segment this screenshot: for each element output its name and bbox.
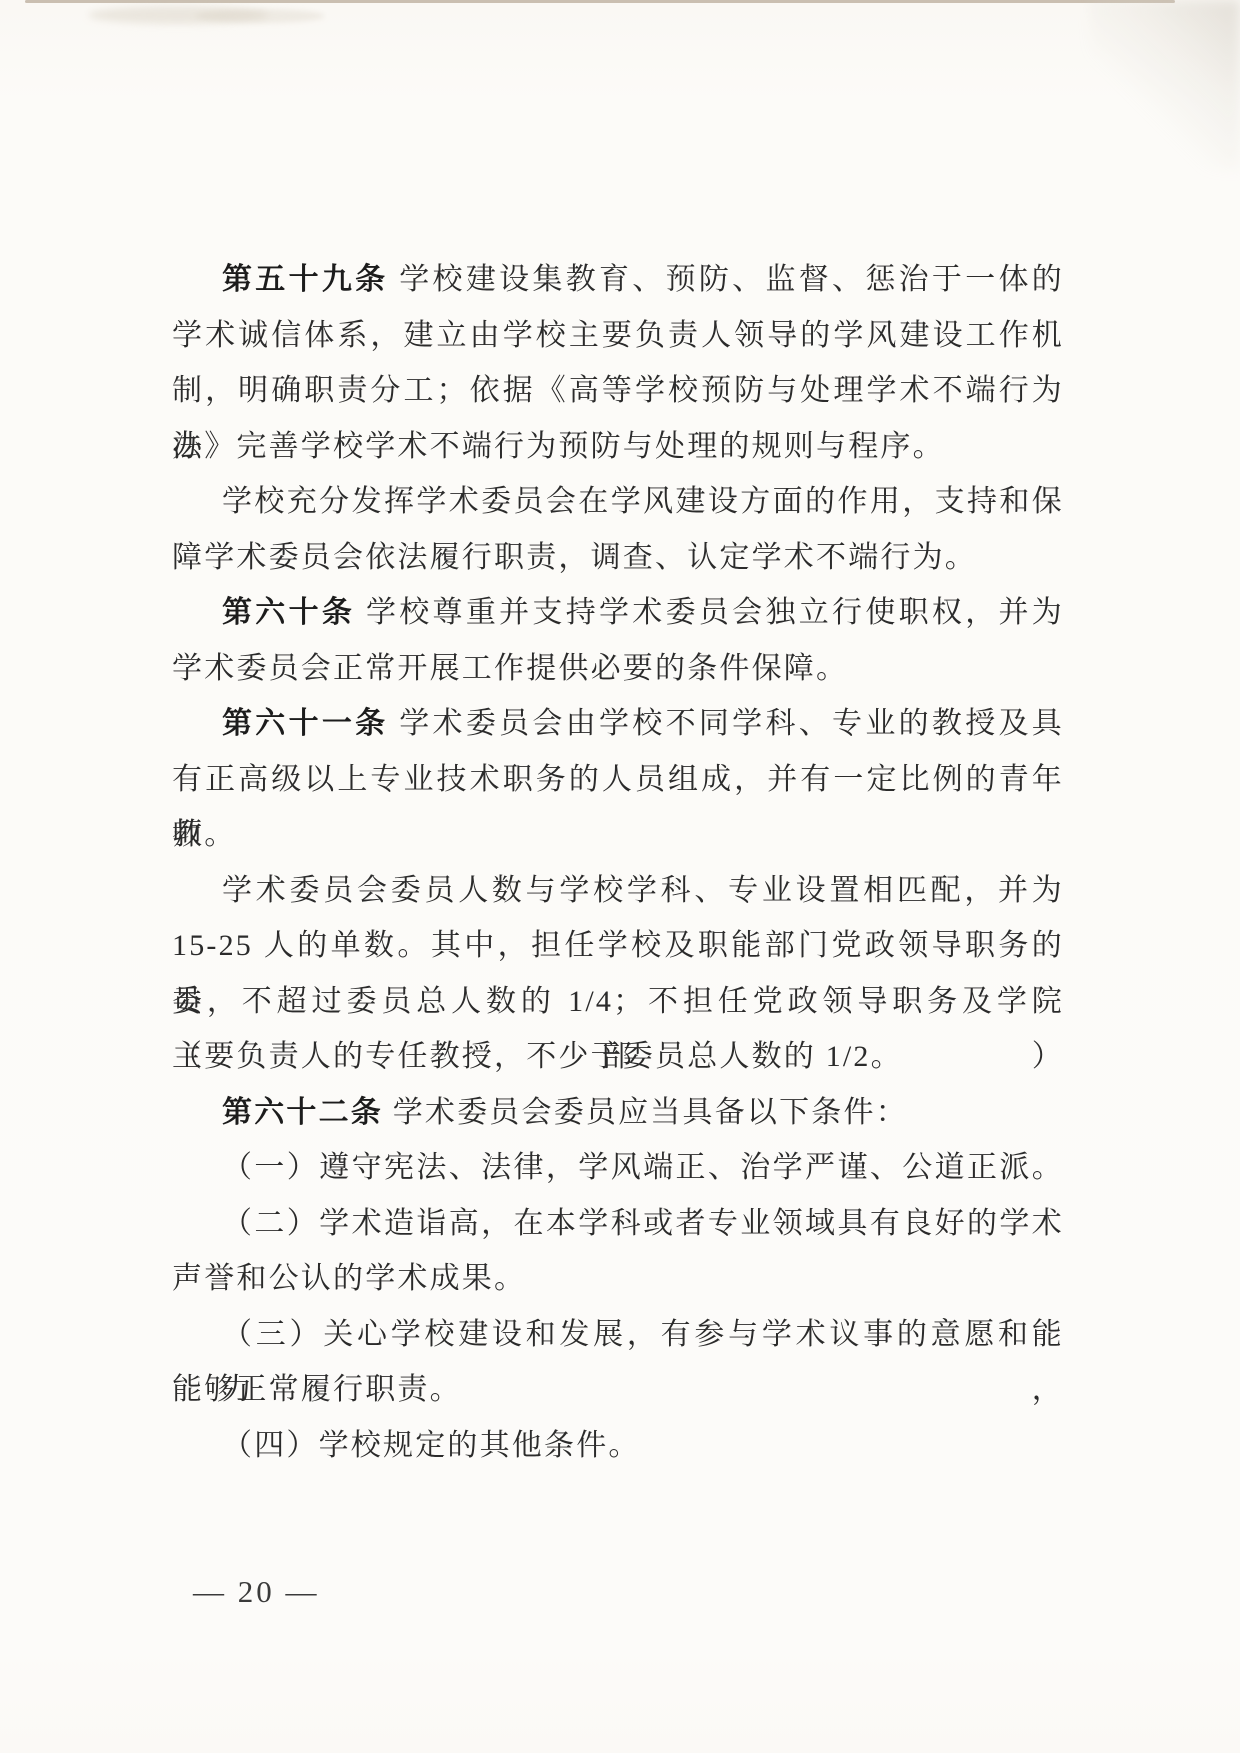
text-segment: 学术委员会委员应当具备以下条件： — [383, 1096, 908, 1129]
text-line: 第五十九条 学校建设集教育、预防、监督、惩治于一体的 — [172, 252, 1064, 308]
text-line: 学校充分发挥学术委员会在学风建设方面的作用，支持和保 — [172, 474, 1064, 530]
text-segment: 主要负责人的专任教授，不少于委员总人数的 1/2。 — [172, 1040, 903, 1073]
text-segment: 师。 — [172, 818, 236, 851]
article-number: 第六十二条 — [222, 1096, 383, 1129]
text-line: （一）遵守宪法、法律，学风端正、治学严谨、公道正派。 — [172, 1140, 1064, 1196]
text-segment: 声誉和公认的学术成果。 — [172, 1262, 526, 1295]
text-line: 第六十条 学校尊重并支持学术委员会独立行使职权，并为 — [172, 585, 1064, 641]
text-segment: （二）学术造诣高，在本学科或者专业领域具有良好的学术 — [222, 1207, 1064, 1240]
text-segment: 学术委员会正常开展工作提供必要的条件保障。 — [172, 652, 848, 685]
text-segment: （四）学校规定的其他条件。 — [222, 1429, 641, 1462]
text-line: 学术诚信体系，建立由学校主要负责人领导的学风建设工作机 — [172, 308, 1064, 364]
text-line: 制，明确职责分工；依据《高等学校预防与处理学术不端行为办 — [172, 363, 1064, 419]
text-segment: 学术诚信体系，建立由学校主要负责人领导的学风建设工作机 — [172, 319, 1064, 352]
article-number: 第六十条 — [222, 596, 355, 629]
text-line: 障学术委员会依法履行职责，调查、认定学术不端行为。 — [172, 530, 1064, 586]
text-segment: 障学术委员会依法履行职责，调查、认定学术不端行为。 — [172, 541, 977, 574]
text-segment: 学校建设集教育、预防、监督、惩治于一体的 — [388, 263, 1064, 296]
scan-artifact-top-edge — [25, 0, 1175, 3]
text-line: 15-25 人的单数。其中，担任学校及职能部门党政领导职务的委 — [172, 918, 1064, 974]
text-line: 员，不超过委员总人数的 1/4；不担任党政领导职务及学院（部） — [172, 974, 1064, 1030]
text-line: （四）学校规定的其他条件。 — [172, 1418, 1064, 1474]
text-segment: 学术委员会委员人数与学校学科、专业设置相匹配，并为 — [222, 874, 1064, 907]
article-number: 第六十一条 — [222, 707, 388, 740]
text-segment: 学校尊重并支持学术委员会独立行使职权，并为 — [355, 596, 1064, 629]
text-line: （二）学术造诣高，在本学科或者专业领域具有良好的学术 — [172, 1196, 1064, 1252]
text-segment: 学校充分发挥学术委员会在学风建设方面的作用，支持和保 — [222, 485, 1064, 518]
text-line: 学术委员会正常开展工作提供必要的条件保障。 — [172, 641, 1064, 697]
text-line: 学术委员会委员人数与学校学科、专业设置相匹配，并为 — [172, 863, 1064, 919]
document-body: 第五十九条 学校建设集教育、预防、监督、惩治于一体的学术诚信体系，建立由学校主要… — [172, 252, 1064, 1473]
text-line: 第六十二条 学术委员会委员应当具备以下条件： — [172, 1085, 1064, 1141]
article-number: 第五十九条 — [222, 263, 388, 296]
text-line: 第六十一条 学术委员会由学校不同学科、专业的教授及具 — [172, 696, 1064, 752]
text-segment: （一）遵守宪法、法律，学风端正、治学严谨、公道正派。 — [222, 1151, 1064, 1184]
text-line: 法》完善学校学术不端行为预防与处理的规则与程序。 — [172, 419, 1064, 475]
text-line: 师。 — [172, 807, 1064, 863]
text-line: 有正高级以上专业技术职务的人员组成，并有一定比例的青年教 — [172, 752, 1064, 808]
scan-artifact-smudge — [195, 9, 325, 23]
text-segment: 能够正常履行职责。 — [172, 1373, 462, 1406]
scan-artifact-corner-shade — [1090, 0, 1240, 170]
text-segment: 学术委员会由学校不同学科、专业的教授及具 — [388, 707, 1064, 740]
scanned-document-page: 第五十九条 学校建设集教育、预防、监督、惩治于一体的学术诚信体系，建立由学校主要… — [0, 0, 1240, 1753]
text-line: 声誉和公认的学术成果。 — [172, 1251, 1064, 1307]
text-line: （三）关心学校建设和发展，有参与学术议事的意愿和能力， — [172, 1307, 1064, 1363]
text-segment: 法》完善学校学术不端行为预防与处理的规则与程序。 — [172, 430, 945, 463]
page-number: — 20 — — [193, 1574, 320, 1610]
